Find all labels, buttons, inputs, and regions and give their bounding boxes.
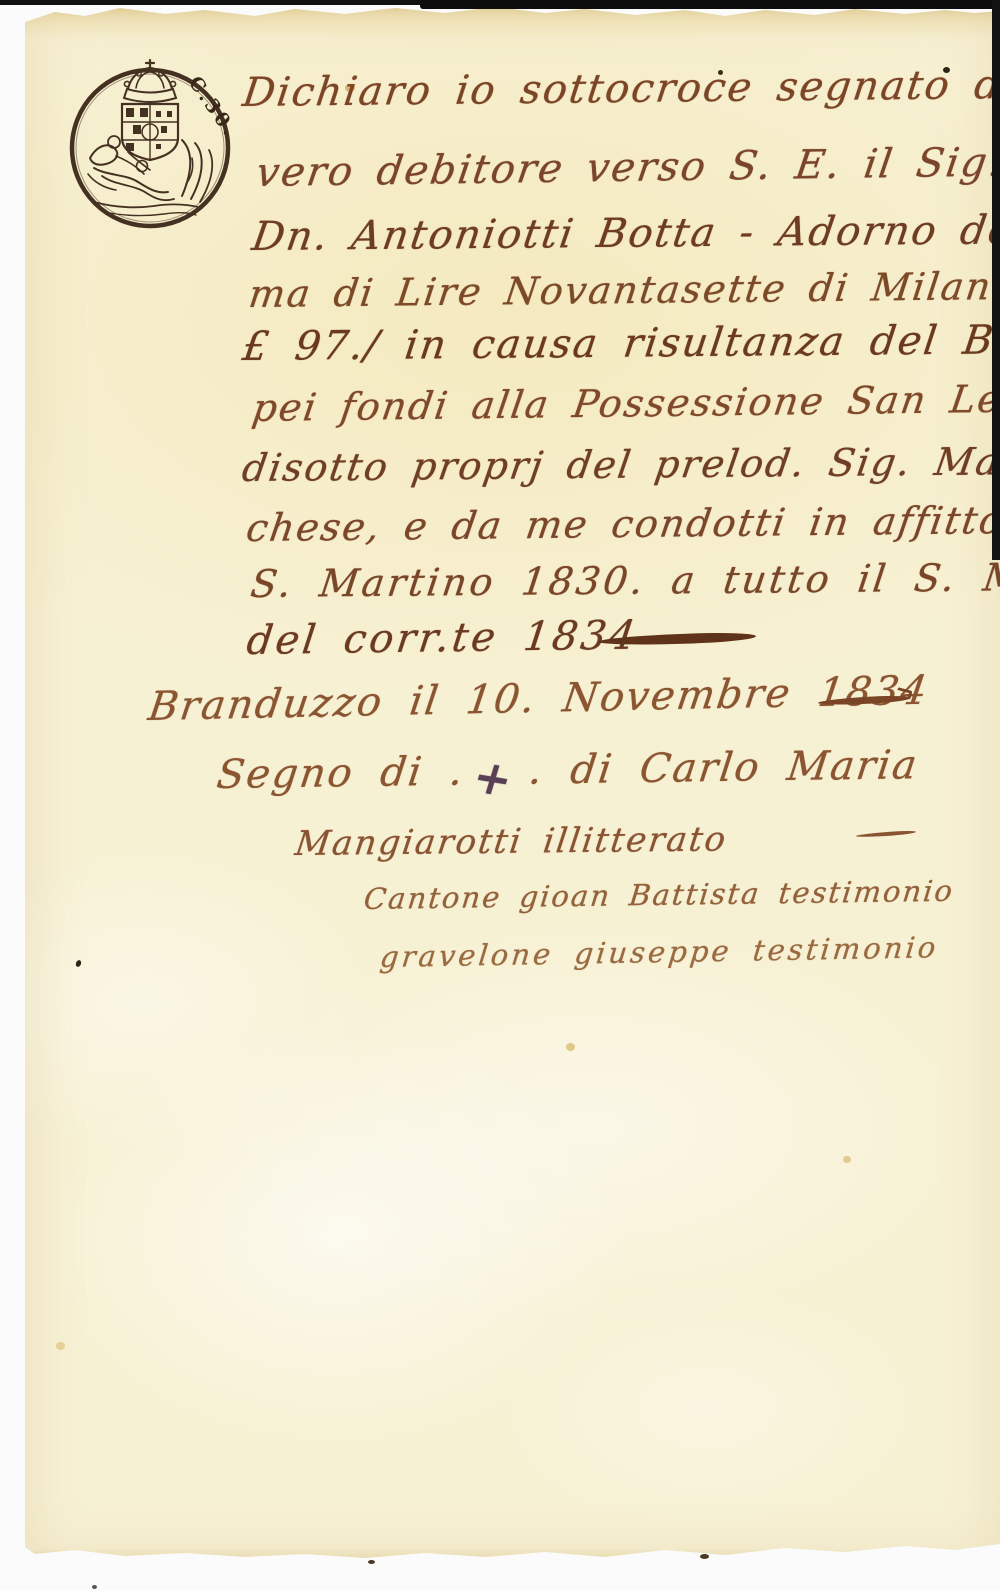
handwritten-line-3: Dn. Antoniotti Botta - Adorno della so	[249, 206, 1000, 260]
stamp-denomination: C.30.	[184, 72, 236, 142]
stamp-engraving: C.30.	[64, 56, 236, 238]
edge-speck	[700, 1554, 709, 1559]
handwritten-line-7: disotto proprj del prelod. Sig. Mar	[239, 439, 1000, 490]
foxing-stain	[56, 1342, 65, 1350]
handwritten-line-5-amount: £ 97./ in causa risultanza del Bilan	[240, 317, 1000, 370]
foxing-stain	[566, 1043, 575, 1051]
ink-speck	[718, 70, 723, 75]
foxing-stain	[843, 1156, 851, 1163]
edge-speck	[368, 1560, 375, 1564]
scan-edge-right	[992, 0, 1000, 560]
handwritten-line-4: ma di Lire Novantasette di Milano	[246, 264, 1000, 316]
handwritten-line-8: chese, e da me condotti in affitto da	[243, 497, 1000, 550]
edge-speck	[92, 1585, 97, 1589]
sign-suffix: . di Carlo Maria	[526, 742, 921, 793]
handwritten-line-10-year: del corr.te 1834	[244, 613, 641, 664]
scanned-document: C.30. Dichiaro io sottocroce segnato d'e…	[0, 0, 1000, 1591]
coat-of-arms-shield-icon	[122, 104, 178, 160]
illiterate-cross-mark: +	[475, 775, 514, 781]
handwritten-line-13-illiterate: Mangiarotti illitterato	[293, 819, 730, 864]
crown-icon	[124, 60, 176, 102]
ink-speck	[943, 67, 950, 73]
revenue-stamp-seal: C.30.	[64, 56, 236, 238]
water-lines	[94, 202, 202, 208]
reed-fronds	[182, 140, 212, 202]
scan-edge-top-thick	[420, 0, 1000, 9]
handwritten-line-1: Dichiaro io sottocroce segnato d'esse	[240, 61, 1000, 116]
sign-prefix: Segno di .	[214, 749, 467, 798]
handwritten-line-9: S. Martino 1830. a tutto il S. Mar	[248, 555, 1000, 606]
